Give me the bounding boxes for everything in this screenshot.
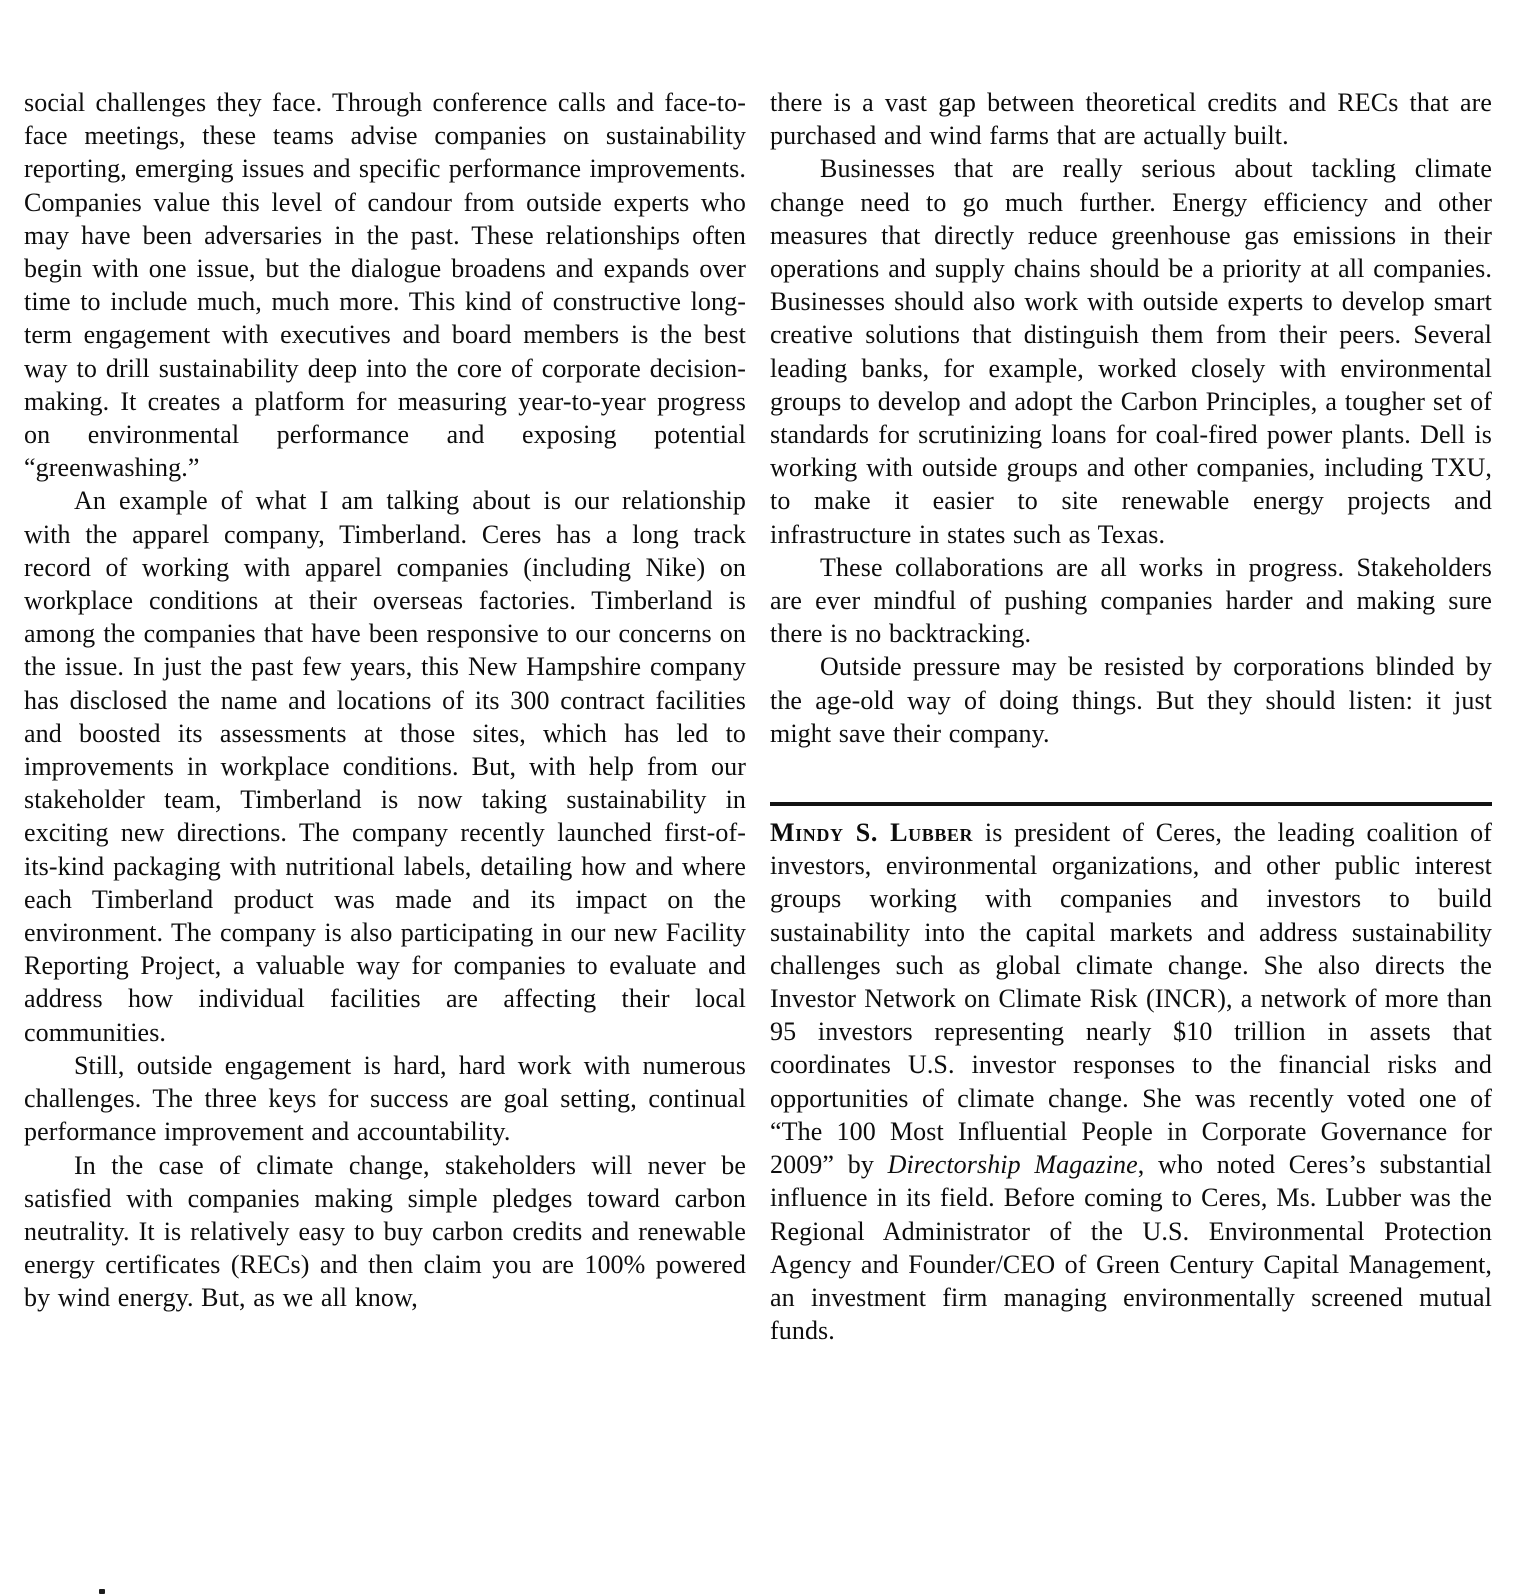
author-name: Mindy S. Lubber (770, 818, 973, 847)
body-paragraph: These collaborations are all works in pr… (770, 551, 1492, 651)
bio-text: is president of Ceres, the leading coali… (770, 818, 1492, 1179)
body-paragraph: there is a vast gap between theoretical … (770, 86, 1492, 152)
magazine-title: Directorship Magazine (888, 1150, 1138, 1179)
ink-speck (99, 1589, 105, 1594)
right-column: there is a vast gap between theoretical … (770, 86, 1492, 1347)
body-paragraph: Outside pressure may be resisted by corp… (770, 650, 1492, 750)
section-divider-rule (770, 802, 1492, 806)
body-paragraph: Businesses that are really serious about… (770, 152, 1492, 550)
author-bio-paragraph: Mindy S. Lubber is president of Ceres, t… (770, 816, 1492, 1347)
bio-text: , who noted Ceres’s substantial influenc… (770, 1150, 1492, 1345)
body-paragraph: An example of what I am talking about is… (24, 484, 746, 1048)
body-paragraph: Still, outside engagement is hard, hard … (24, 1049, 746, 1149)
document-page: social challenges they face. Through con… (0, 0, 1536, 1594)
body-paragraph: In the case of climate change, stakehold… (24, 1149, 746, 1315)
body-paragraph: social challenges they face. Through con… (24, 86, 746, 484)
left-column: social challenges they face. Through con… (24, 86, 746, 1315)
